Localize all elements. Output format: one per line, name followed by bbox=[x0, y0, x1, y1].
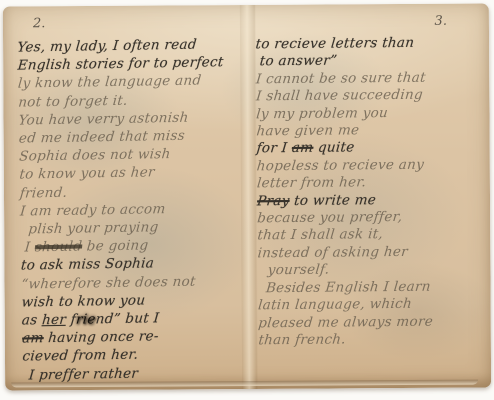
handwriting-line: to answer” bbox=[259, 52, 480, 72]
letter-scan-paper: 2. Yes, my lady, I often readEnglish sto… bbox=[3, 4, 491, 391]
handwriting-line: that I shall ask it, bbox=[257, 226, 482, 246]
handwriting-text: I preffer rather bbox=[28, 365, 139, 383]
handwriting-text: not to forget it. bbox=[18, 92, 129, 110]
handwriting-line: I shall have succeeding bbox=[255, 86, 480, 106]
handwriting-scribble-word: should bbox=[34, 239, 83, 256]
handwriting-text: to know you as her bbox=[19, 165, 156, 183]
handwriting-text: I cannot be so sure that bbox=[255, 70, 426, 88]
handwriting-text: as bbox=[21, 312, 43, 328]
handwriting-text: friend. bbox=[19, 184, 68, 201]
handwriting-text: wish to know you bbox=[21, 292, 146, 310]
letter-page-3: 3. to recieve letters thanto answer”I ca… bbox=[246, 4, 491, 389]
handwriting-line: latin language, which bbox=[257, 295, 482, 315]
handwriting-text: ly my problem you bbox=[256, 105, 389, 122]
handwriting-line: letter from her. bbox=[256, 173, 481, 193]
handwriting-line: yourself. bbox=[267, 260, 482, 279]
handwriting-text: pleased me always more bbox=[258, 313, 434, 331]
handwriting-line: Besides English I learn bbox=[265, 278, 482, 297]
handwriting-text: that I shall ask it, bbox=[257, 227, 384, 244]
handwriting-text: Besides English I learn bbox=[265, 278, 431, 296]
handwriting-text: for I bbox=[256, 140, 293, 156]
page-number: 2. bbox=[19, 15, 242, 34]
handwriting-text: having once re- bbox=[43, 329, 159, 347]
handwriting-text: nd” but I bbox=[95, 310, 160, 327]
handwriting-text: plish your praying bbox=[28, 219, 160, 237]
handwriting-text: quite bbox=[313, 140, 356, 156]
handwriting-text: ly know the language and bbox=[17, 73, 202, 92]
handwriting-text: than french. bbox=[258, 331, 347, 348]
handwriting-text: Yes, my lady, I often read bbox=[17, 37, 198, 56]
handwriting-line: than french. bbox=[258, 330, 483, 350]
page-number: 3. bbox=[256, 14, 479, 33]
handwriting-strike-word: am bbox=[291, 140, 314, 156]
handwriting-text: ed me indeed that miss bbox=[18, 128, 185, 147]
handwriting-text: to write me bbox=[289, 192, 377, 209]
handwriting-text: Sophia does not wish bbox=[18, 146, 171, 165]
handwriting-blot-word: rie bbox=[75, 311, 96, 327]
handwriting-text: be going bbox=[81, 238, 149, 255]
handwriting-text: yourself. bbox=[267, 262, 330, 279]
handwriting-strike-word: am bbox=[22, 330, 45, 346]
handwriting-line: for I am quite bbox=[256, 139, 481, 159]
handwriting-text: have given me bbox=[256, 122, 360, 139]
handwriting-line: ly my problem you bbox=[255, 104, 480, 124]
handwriting-text: letter from her. bbox=[256, 175, 367, 192]
handwriting-text: “wherefore she does not bbox=[21, 273, 197, 292]
handwriting-block: to recieve letters thanto answer”I canno… bbox=[255, 34, 481, 349]
letter-page-2: 2. Yes, my lady, I often readEnglish sto… bbox=[3, 5, 248, 390]
handwriting-text: because you preffer, bbox=[257, 209, 404, 226]
handwriting-text: I shall have succeeding bbox=[255, 87, 423, 105]
handwriting-block: Yes, my lady, I often readEnglish storie… bbox=[17, 35, 246, 385]
handwriting-text: hopeless to recieve any bbox=[256, 157, 425, 175]
handwriting-text: to answer” bbox=[259, 53, 338, 70]
handwriting-strike-word: Pray bbox=[256, 193, 290, 209]
handwriting-text: latin language, which bbox=[257, 296, 412, 313]
handwriting-text: cieved from her. bbox=[22, 347, 139, 365]
handwriting-text: instead of asking her bbox=[257, 244, 409, 261]
handwriting-text: I am ready to accom bbox=[19, 201, 166, 219]
handwriting-text: You have verry astonish bbox=[18, 110, 189, 129]
handwriting-underline-word: her bbox=[41, 312, 66, 328]
handwriting-line: pleased me always more bbox=[257, 313, 482, 333]
handwriting-text: to recieve letters than bbox=[255, 35, 415, 53]
handwriting-line: Pray to write me bbox=[256, 191, 481, 211]
handwriting-text: to ask miss Sophia bbox=[20, 256, 154, 274]
